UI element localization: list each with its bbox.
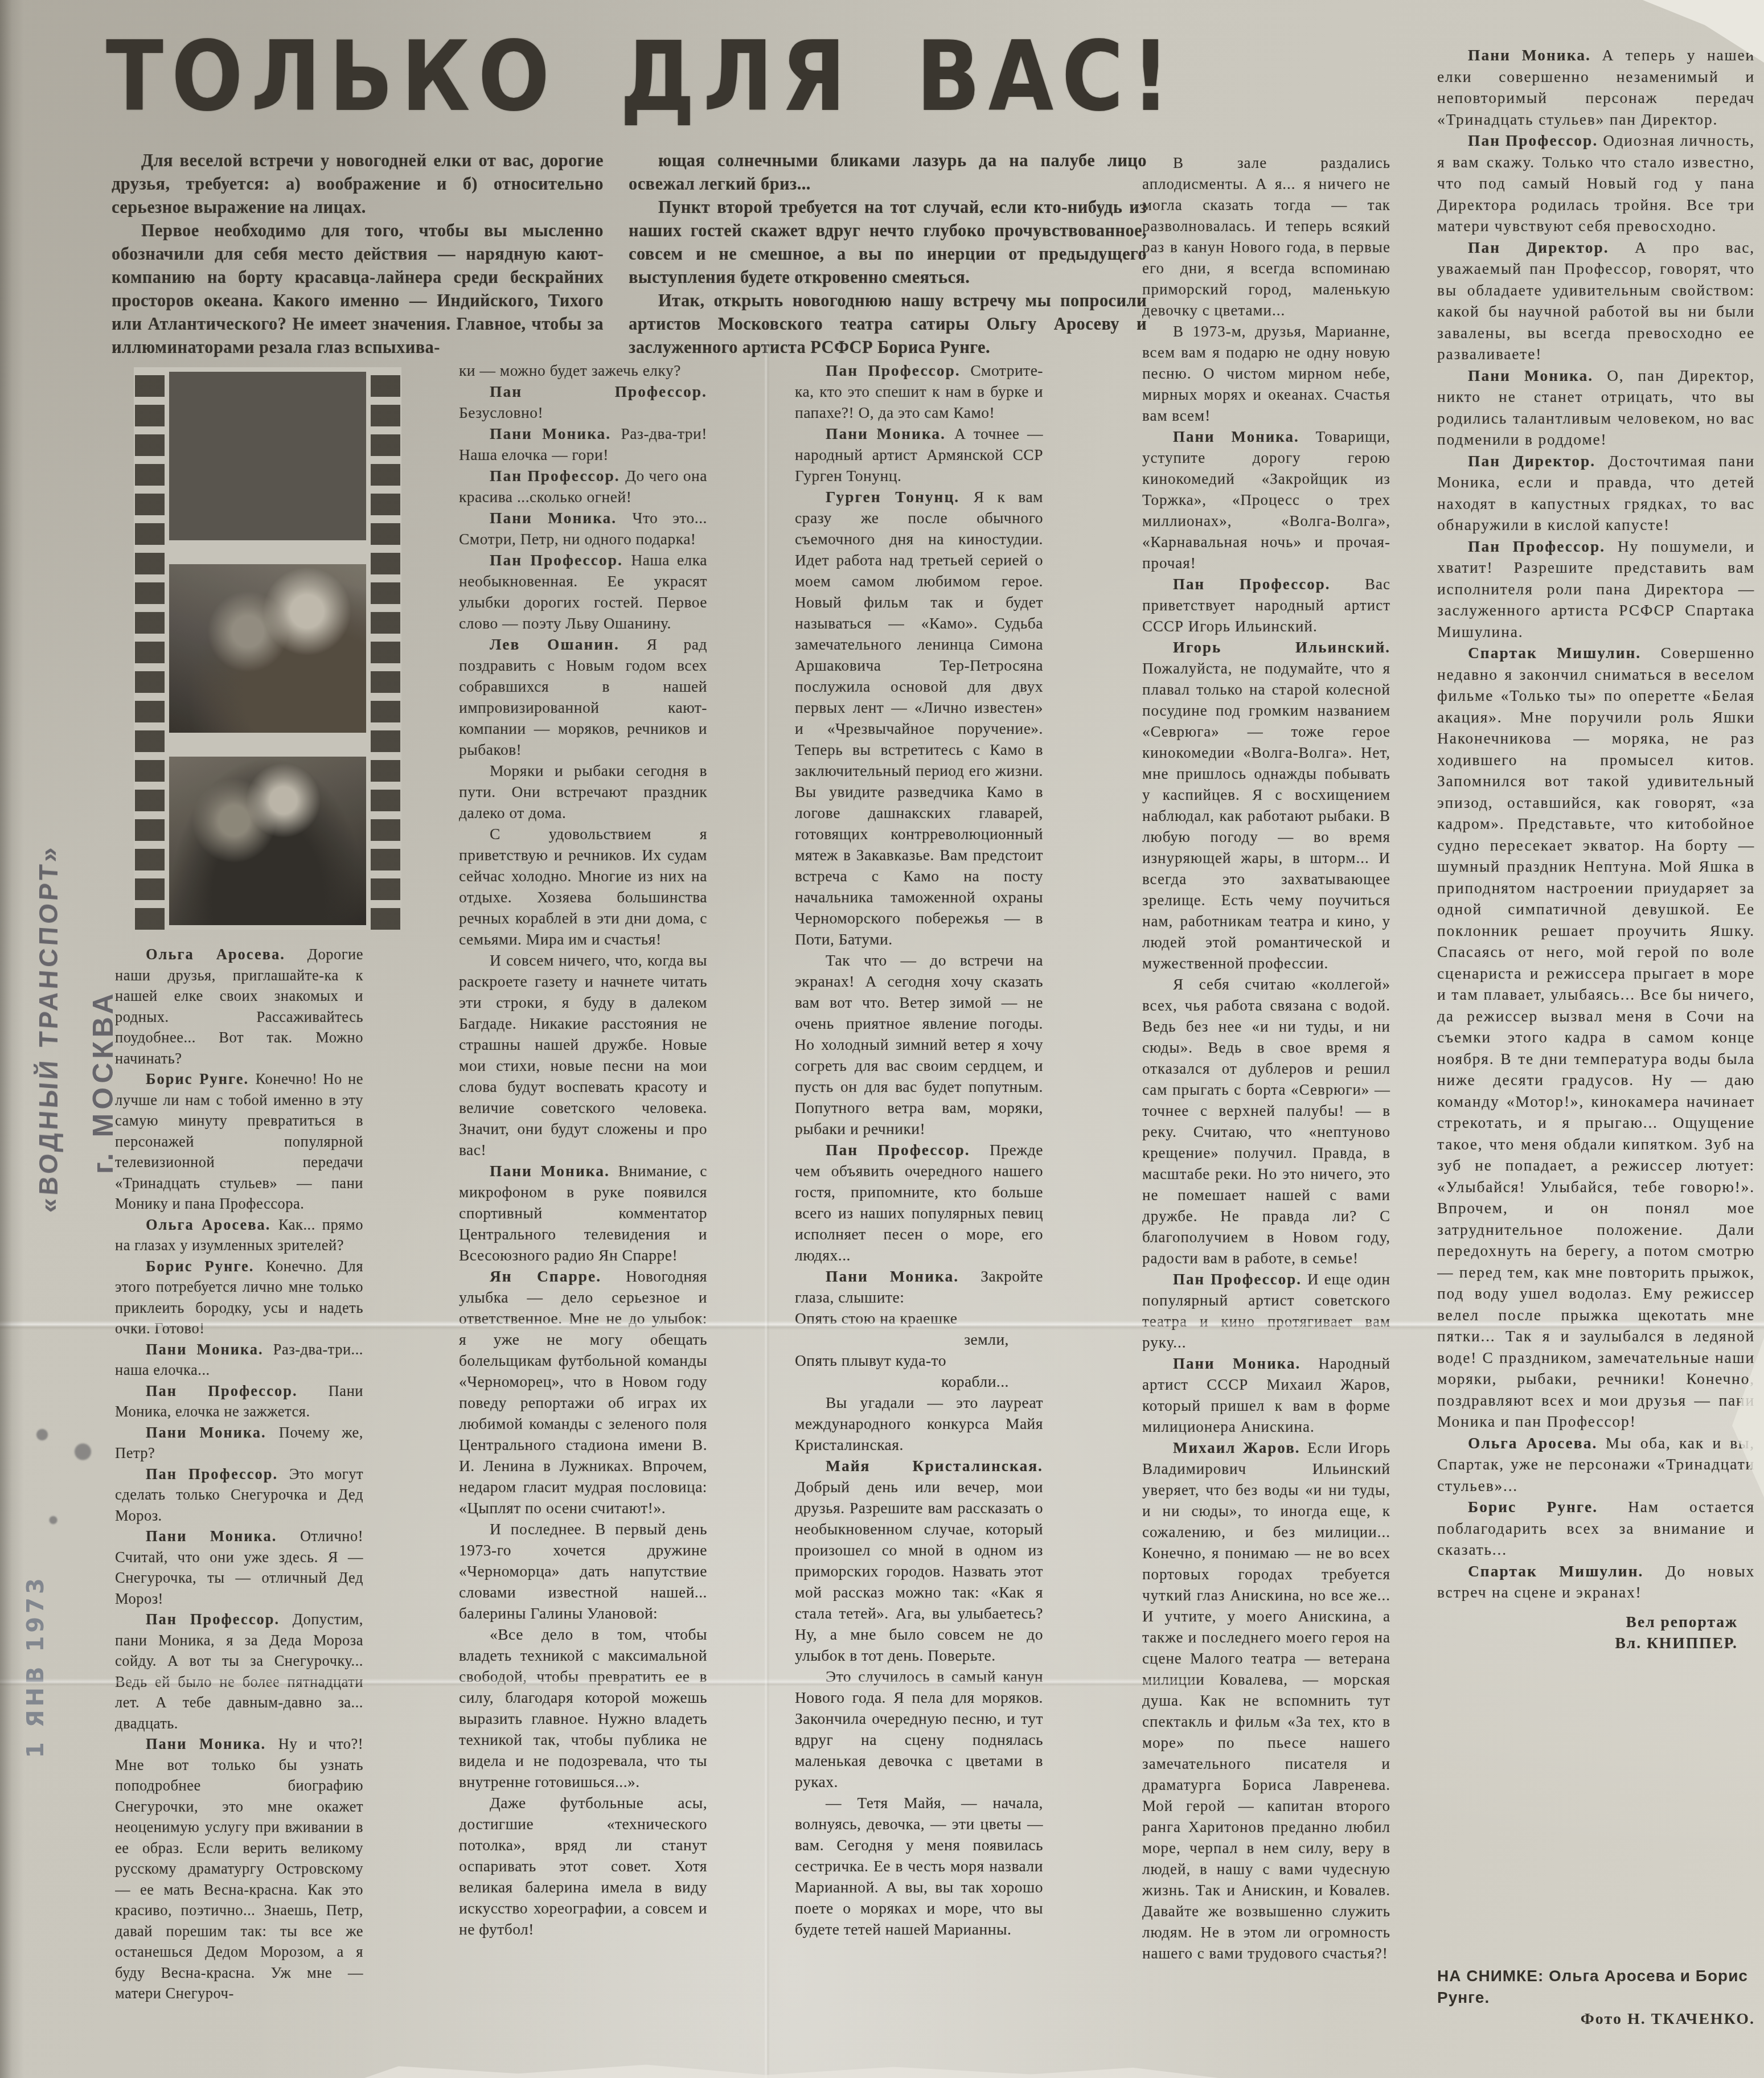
text-paragraph: — Тетя Майя, — начала, волнуясь, девочка… xyxy=(795,1792,1043,1940)
text-paragraph: Так что — до встречи на экранах! А сегод… xyxy=(795,950,1043,1139)
speaker-name: Борис Рунге. xyxy=(146,1070,256,1087)
dialogue-paragraph: Пани Моника. Товарищи, уступите дорогу г… xyxy=(1142,426,1390,574)
dialogue-paragraph: Пан Профессор. Допустим, пани Моника, я … xyxy=(115,1609,363,1734)
dialogue-paragraph: Пани Моника. Народный артист СССР Михаил… xyxy=(1142,1353,1390,1438)
speaker-name: Пан Профессор. xyxy=(1468,537,1618,555)
text-paragraph: Вы угадали — это лауреат международного … xyxy=(795,1392,1043,1455)
headline: ТОЛЬКО ДЛЯ ВАС! xyxy=(106,22,1433,145)
intro-paragraph: Итак, открыть новогоднюю нашу встречу мы… xyxy=(629,289,1147,359)
verse-line: Опять плывут куда-то xyxy=(795,1350,1043,1371)
speaker-name: Пан Профессор. xyxy=(1173,576,1365,593)
dialogue-paragraph: Пан Профессор. Ну пошумели, и хватит! Ра… xyxy=(1437,536,1755,643)
dialogue-paragraph: Борис Рунге. Конечно. Для этого потребуе… xyxy=(115,1256,363,1339)
photo-frame-3 xyxy=(169,757,366,925)
text-paragraph: С удовольствием я приветствую и речников… xyxy=(459,823,707,950)
dialogue-paragraph: Ян Спарре. Новогодняя улыбка — дело серь… xyxy=(459,1266,707,1518)
dialogue-paragraph: Пан Профессор. Смотрите-ка, кто это спеш… xyxy=(795,360,1043,423)
dialogue-paragraph: Пан Профессор. Прежде чем объявить очере… xyxy=(795,1139,1043,1266)
photo-frame-2 xyxy=(169,564,366,733)
speaker-name: Ян Спарре. xyxy=(490,1267,626,1285)
text-paragraph: ки — можно будет зажечь елку? xyxy=(459,360,707,381)
text-paragraph: Это случилось в самый канун Нового года.… xyxy=(795,1666,1043,1792)
text-paragraph: Моряки и рыбаки сегодня в пути. Они встр… xyxy=(459,760,707,823)
speaker-name: Пани Моника. xyxy=(490,509,633,527)
dialogue-paragraph: Пан Профессор. Наша елка необыкновенная.… xyxy=(459,549,707,634)
dialogue-paragraph: Майя Кристалинская. Добрый день или вече… xyxy=(795,1455,1043,1666)
speaker-name: Пан Профессор. xyxy=(1173,1271,1307,1288)
fold-crease-vertical xyxy=(764,342,770,2078)
intro-paragraph: Первое необходимо для того, чтобы вы мыс… xyxy=(112,219,604,359)
speaker-name: Пан Профессор. xyxy=(490,467,625,484)
text-paragraph: Даже футбольные асы, достигшие «техничес… xyxy=(459,1792,707,1940)
caption-lead: НА СНИМКЕ: xyxy=(1437,1967,1544,1985)
speaker-name: Пан Профессор. xyxy=(826,362,970,379)
dialogue-paragraph: Пан Профессор. Пани Моника, елочка не за… xyxy=(115,1381,363,1422)
speaker-name: Спартак Мишулин. xyxy=(1468,644,1661,662)
dialogue-paragraph: Пани Моника. Почему же, Петр? xyxy=(115,1422,363,1464)
speaker-name: Пан Профессор. xyxy=(490,551,631,569)
dialogue-paragraph: Пани Моника. Раз-два-три... наша елочка.… xyxy=(115,1339,363,1381)
dialogue-paragraph: Пани Моника. А теперь у нашей елки совер… xyxy=(1437,44,1755,130)
verse-line: корабли... xyxy=(795,1371,1043,1392)
speaker-name: Игорь Ильинский. xyxy=(1173,639,1390,656)
dialogue-paragraph: Борис Рунге. Нам остается поблагодарить … xyxy=(1437,1496,1755,1560)
dialogue-paragraph: Михаил Жаров. Если Игорь Владимирович Ил… xyxy=(1142,1438,1390,1964)
reporter-credit-line: Вл. КНИППЕР. xyxy=(1437,1632,1738,1654)
speaker-name: Спартак Мишулин. xyxy=(1468,1562,1665,1580)
speaker-name: Пан Профессор. xyxy=(146,1611,293,1628)
speaker-name: Пани Моника. xyxy=(826,425,954,442)
speaker-name: Пани Моника. xyxy=(146,1735,278,1752)
speaker-name: Пани Моника. xyxy=(146,1341,273,1358)
dialogue-paragraph: Гурген Тонунц. Я к вам сразу же после об… xyxy=(795,486,1043,950)
dialogue-paragraph: Пани Моника. А точнее — народный артист … xyxy=(795,423,1043,486)
article-column-4: В зале раздались аплодисменты. А я... я … xyxy=(1142,153,1390,2072)
left-edge-shadow xyxy=(0,0,24,2078)
ink-blot xyxy=(27,1423,101,1537)
photo-caption: НА СНИМКЕ: Ольга Аросева и Борис Рунге. … xyxy=(1437,1965,1755,2030)
speaker-name: Пан Профессор. xyxy=(490,383,707,400)
dialogue-paragraph: Пан Директор. А про вас, уважаемый пан П… xyxy=(1437,237,1755,365)
speaker-name: Пани Моника. xyxy=(490,425,621,442)
speaker-name: Пан Директор. xyxy=(1468,239,1635,256)
text-paragraph: И совсем ничего, что, когда вы раскроете… xyxy=(459,950,707,1160)
dialogue-paragraph: Пани Моника. Отлично! Считай, что они уж… xyxy=(115,1526,363,1609)
masthead-paper-stamp: «ВОДНЫЙ ТРАНСПОРТ» xyxy=(33,843,64,1213)
photo-credit: Фото Н. ТКАЧЕНКО. xyxy=(1437,2009,1755,2030)
speaker-name: Гурген Тонунц. xyxy=(826,488,974,506)
speaker-name: Ольга Аросева. xyxy=(146,946,307,963)
speaker-name: Пан Профессор. xyxy=(146,1382,329,1399)
speaker-name: Борис Рунге. xyxy=(1468,1498,1628,1516)
dialogue-paragraph: Пан Профессор. До чего она красива ...ск… xyxy=(459,465,707,507)
speaker-name: Пани Моника. xyxy=(490,1162,618,1180)
dialogue-paragraph: Игорь Ильинский. Пожалуйста, не подумайт… xyxy=(1142,637,1390,974)
intro-paragraph: ющая солнечными бликами лазурь да на пал… xyxy=(629,149,1147,196)
article-column-3: Пан Профессор. Смотрите-ка, кто это спеш… xyxy=(795,360,1043,2068)
article-column-2: ки — можно будет зажечь елку?Пан Професс… xyxy=(459,360,707,2068)
speaker-name: Пани Моника. xyxy=(1468,367,1607,384)
dialogue-paragraph: Пан Профессор. Это могут сделать только … xyxy=(115,1464,363,1526)
dialogue-paragraph: Пан Профессор. Вас приветствует народный… xyxy=(1142,574,1390,637)
article-column-1: Ольга Аросева. Дорогие наши друзья, приг… xyxy=(115,944,363,2068)
dialogue-paragraph: Ольга Аросева. Как... прямо на глазах у … xyxy=(115,1214,363,1256)
dialogue-paragraph: Пан Профессор. Одиозная личность, я вам … xyxy=(1437,130,1755,237)
speaker-name: Михаил Жаров. xyxy=(1173,1439,1307,1456)
dialogue-paragraph: Пан Профессор. И еще один популярный арт… xyxy=(1142,1269,1390,1353)
text-paragraph: В 1973-м, друзья, Марианне, всем вам я п… xyxy=(1142,321,1390,426)
verse-line: земли, xyxy=(795,1329,1043,1350)
speaker-name: Пан Директор. xyxy=(1468,452,1608,470)
newspaper-clipping: { "masthead": { "paper_name": "«ВОДНЫЙ Т… xyxy=(0,0,1764,2078)
dialogue-paragraph: Пан Директор. Досточтимая пани Моника, е… xyxy=(1437,450,1755,536)
dialogue-paragraph: Спартак Мишулин. Совершенно недавно я за… xyxy=(1437,642,1755,1432)
text-paragraph: И последнее. В первый день 1973-го хочет… xyxy=(459,1518,707,1624)
speaker-name: Пан Профессор. xyxy=(146,1465,289,1482)
dialogue-paragraph: Пани Моника. О, пан Директор, никто не с… xyxy=(1437,365,1755,450)
intro-paragraph: Пункт второй требуется на тот случай, ес… xyxy=(629,196,1147,289)
dialogue-paragraph: Пани Моника. Закройте глаза, слышите: xyxy=(795,1266,1043,1308)
intro-column-right: ющая солнечными бликами лазурь да на пал… xyxy=(629,149,1147,388)
dialogue-paragraph: Пани Моника. Что это... Смотри, Петр, ни… xyxy=(459,507,707,549)
text-paragraph: Я себя считаю «коллегой» всех, чья работ… xyxy=(1142,974,1390,1269)
dialogue-paragraph: Ольга Аросева. Мы оба, как и вы, Спартак… xyxy=(1437,1432,1755,1497)
caption-line: НА СНИМКЕ: Ольга Аросева и Борис Рунге. xyxy=(1437,1965,1755,2009)
date-stamp: 1 ЯНВ 1973 xyxy=(23,1575,49,1758)
intro-paragraph: Для веселой встречи у новогодней елки от… xyxy=(112,149,604,219)
speaker-name: Пани Моника. xyxy=(146,1424,279,1441)
song-verse: Опять стою на краешкеземли,Опять плывут … xyxy=(795,1308,1043,1392)
speaker-name: Пани Моника. xyxy=(826,1267,981,1285)
speaker-name: Пани Моника. xyxy=(1173,428,1316,445)
speaker-name: Ольга Аросева. xyxy=(1468,1434,1606,1452)
dialogue-paragraph: Ольга Аросева. Дорогие наши друзья, приг… xyxy=(115,944,363,1069)
speaker-name: Пан Профессор. xyxy=(1468,132,1603,149)
speaker-name: Пани Моника. xyxy=(1468,46,1602,64)
speaker-name: Пани Моника. xyxy=(146,1527,300,1545)
photo-frame-1 xyxy=(169,372,366,540)
dialogue-paragraph: Спартак Мишулин. До новых встреч на сцен… xyxy=(1437,1560,1755,1603)
dialogue-paragraph: Лев Ошанин. Я рад поздравить с Новым год… xyxy=(459,634,707,760)
speaker-name: Ольга Аросева. xyxy=(146,1216,278,1233)
reporter-credit-line: Вел репортаж xyxy=(1437,1611,1738,1633)
reporter-credit: Вел репортажВл. КНИППЕР. xyxy=(1437,1611,1755,1654)
dialogue-paragraph: Борис Рунге. Конечно! Но не лучше ли нам… xyxy=(115,1069,363,1214)
filmstrip-sprockets-right xyxy=(371,367,400,930)
dialogue-paragraph: Пани Моника. Ну и что?! Мне вот только б… xyxy=(115,1734,363,2004)
speaker-name: Пан Профессор. xyxy=(826,1141,990,1159)
intro-column-left: Для веселой встречи у новогодней елки от… xyxy=(112,149,604,388)
dialogue-paragraph: Пани Моника. Внимание, с микрофоном в ру… xyxy=(459,1160,707,1266)
text-paragraph: «Все дело в том, чтобы владеть техникой … xyxy=(459,1624,707,1792)
filmstrip-photo xyxy=(134,367,401,930)
speaker-name: Лев Ошанин. xyxy=(490,635,647,653)
text-paragraph: В зале раздались аплодисменты. А я... я … xyxy=(1142,153,1390,321)
speaker-name: Борис Рунге. xyxy=(146,1258,266,1275)
dialogue-paragraph: Пани Моника. Раз-два-три! Наша елочка — … xyxy=(459,423,707,465)
dialogue-paragraph: Пан Профессор. Безусловно! xyxy=(459,381,707,423)
speaker-name: Пани Моника. xyxy=(1173,1355,1319,1372)
filmstrip-sprockets-left xyxy=(135,367,165,930)
article-column-5: Пани Моника. А теперь у нашей елки совер… xyxy=(1437,44,1755,1957)
speaker-name: Майя Кристалинская. xyxy=(826,1457,1043,1475)
verse-line: Опять стою на краешке xyxy=(795,1308,1043,1329)
